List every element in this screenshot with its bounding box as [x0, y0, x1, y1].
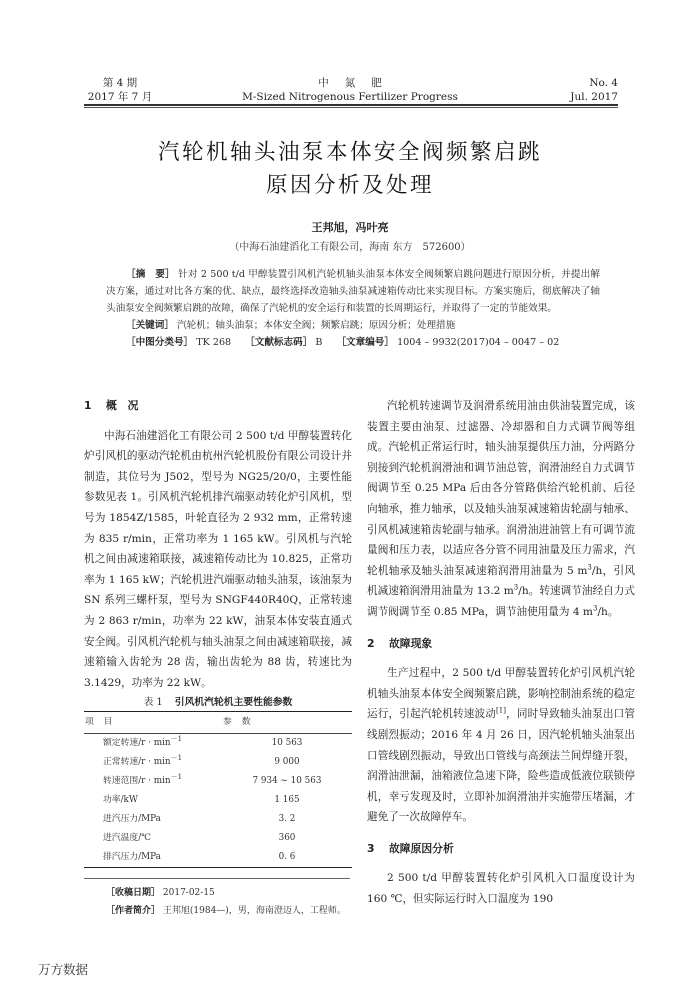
citation-ref: [1]: [496, 707, 506, 715]
author-bio-value: 王邦旭(1984—)，男，海南澄迈人，工程师。: [163, 906, 346, 916]
doc-code-label: ［文献标志码］: [245, 337, 312, 348]
keywords-label: ［关键词］: [126, 320, 174, 331]
table-row: 进汽压力/MPa3. 2: [84, 810, 352, 829]
footnote: ［收稿日期］ 2017-02-15 ［作者简介］ 王邦旭(1984—)，男，海南…: [106, 884, 346, 920]
received-date: ［收稿日期］ 2017-02-15: [106, 884, 346, 902]
table-header-row: 项目 参数: [84, 712, 352, 734]
section-2-paragraph-1: 生产过程中，2 500 t/d 甲醇装置转化炉引风机汽轮机轴头油泵本体安全阀频繁…: [367, 663, 635, 828]
affiliation: （中海石油建滔化工有限公司，海南 东方 572600）: [100, 238, 600, 253]
table-cell-value: 3. 2: [222, 810, 352, 829]
abstract-label: ［摘 要］: [126, 269, 175, 280]
right-column: 汽轮机转速调节及润滑系统用油由供油装置完成，该装置主要由油泵、过滤器、冷却器和自…: [367, 396, 635, 910]
column-header-item: 项目: [84, 712, 222, 734]
journal-issue-en: No. 4 Jul. 2017: [570, 76, 618, 104]
table-cell-item: 正常转速/r · min－1: [84, 753, 222, 772]
table-row: 额定转速/r · min－110 563: [84, 734, 352, 754]
article-no-value: 1004 – 9932(2017)04 – 0047 – 02: [397, 337, 559, 348]
received-label: ［收稿日期］: [106, 888, 160, 898]
table-cell-value: 9 000: [222, 753, 352, 772]
journal-name: 中氮肥 M-Sized Nitrogenous Fertilizer Progr…: [200, 76, 500, 104]
table-row: 进汽温度/℃360: [84, 829, 352, 848]
left-column: 1概 况 中海石油建滔化工有限公司 2 500 t/d 甲醇装置转化炉引风机的驱…: [84, 396, 352, 868]
section-number: 2: [367, 634, 389, 655]
keywords: ［关键词］ 汽轮机；轴头油泵；本体安全阀；频繁启跳；原因分析；处理措施: [106, 317, 600, 334]
section-heading-2: 2故障现象: [367, 634, 635, 655]
article-no-label: ［文章编号］: [336, 337, 394, 348]
section-heading-1: 1概 况: [84, 396, 352, 417]
table-cell-item: 额定转速/r · min－1: [84, 734, 222, 754]
journal-issue-cn: 第 4 期 2017 年 7 月: [85, 76, 155, 104]
section-3-paragraph-1: 2 500 t/d 甲醇装置转化炉引风机入口温度设计为 160 ℃，但实际运行时…: [367, 868, 635, 909]
abstract-block: ［摘 要］ 针对 2 500 t/d 甲醇装置引风机汽轮机轴头油泵本体安全阀频繁…: [106, 266, 600, 351]
abstract: ［摘 要］ 针对 2 500 t/d 甲醇装置引风机汽轮机轴头油泵本体安全阀频繁…: [106, 266, 600, 317]
journal-name-cn: 中氮肥: [200, 76, 500, 90]
journal-name-en: M-Sized Nitrogenous Fertilizer Progress: [200, 90, 500, 104]
section-title: 概 况: [106, 399, 138, 412]
paper-title: 汽轮机轴头油泵本体安全阀频繁启跳 原因分析及处理: [100, 136, 600, 202]
section-number: 1: [84, 396, 106, 417]
header-rule-thin: [84, 107, 618, 108]
table-caption-text: 引风机汽轮机主要性能参数: [175, 697, 293, 708]
table-row: 功率/kW1 165: [84, 791, 352, 810]
header-rule-thick: [84, 104, 618, 106]
title-line-1: 汽轮机轴头油泵本体安全阀频繁启跳: [100, 136, 600, 169]
section-title: 故障现象: [389, 637, 432, 650]
table-cell-item: 进汽温度/℃: [84, 829, 222, 848]
table-row: 排汽压力/MPa0. 6: [84, 848, 352, 868]
keywords-text: 汽轮机；轴头油泵；本体安全阀；频繁启跳；原因分析；处理措施: [177, 320, 455, 331]
issue-number-en: No. 4: [570, 76, 618, 90]
section-heading-3: 3故障原因分析: [367, 839, 635, 860]
abstract-text: 针对 2 500 t/d 甲醇装置引风机汽轮机轴头油泵本体安全阀频繁启跳问题进行…: [106, 269, 600, 314]
table-cell-item: 转速范围/r · min－1: [84, 772, 222, 791]
author-bio: ［作者简介］ 王邦旭(1984—)，男，海南澄迈人，工程师。: [106, 902, 346, 920]
clc-label: ［中图分类号］: [126, 337, 193, 348]
table-row: 正常转速/r · min－19 000: [84, 753, 352, 772]
doc-code-value: B: [315, 337, 322, 348]
section-number: 3: [367, 839, 389, 860]
issue-number-cn: 第 4 期: [85, 76, 155, 90]
issue-date-en: Jul. 2017: [570, 90, 618, 104]
authors: 王邦旭，冯叶亮: [100, 219, 600, 235]
author-bio-label: ［作者简介］: [106, 906, 160, 916]
table-cell-value: 360: [222, 829, 352, 848]
table-cell-value: 0. 6: [222, 848, 352, 868]
table-cell-item: 排汽压力/MPa: [84, 848, 222, 868]
received-value: 2017-02-15: [163, 888, 215, 898]
footnote-rule: [84, 878, 350, 879]
table-number: 表 1: [144, 697, 163, 708]
table-row: 转速范围/r · min－17 934 ~ 10 563: [84, 772, 352, 791]
table-cell-value: 10 563: [222, 734, 352, 754]
table-cell-item: 功率/kW: [84, 791, 222, 810]
section-title: 故障原因分析: [389, 842, 454, 855]
table-caption: 表 1引风机汽轮机主要性能参数: [84, 695, 352, 711]
table-cell-value: 1 165: [222, 791, 352, 810]
title-line-2: 原因分析及处理: [100, 169, 600, 202]
wanfang-data-watermark: 万方数据: [38, 960, 88, 978]
table-cell-value: 7 934 ~ 10 563: [222, 772, 352, 791]
classification-line: ［中图分类号］ TK 268［文献标志码］ B［文章编号］ 1004 – 993…: [106, 334, 600, 351]
performance-parameters-table: 项目 参数 额定转速/r · min－110 563 正常转速/r · min－…: [84, 711, 352, 868]
column-header-value: 参数: [222, 712, 352, 734]
section-1-paragraph-2: 汽轮机转速调节及润滑系统用油由供油装置完成，该装置主要由油泵、过滤器、冷却器和自…: [367, 396, 635, 623]
clc-value: TK 268: [196, 337, 231, 348]
issue-date-cn: 2017 年 7 月: [85, 90, 155, 104]
section-1-paragraph-1: 中海石油建滔化工有限公司 2 500 t/d 甲醇装置转化炉引风机的驱动汽轮机由…: [84, 426, 352, 694]
table-cell-item: 进汽压力/MPa: [84, 810, 222, 829]
